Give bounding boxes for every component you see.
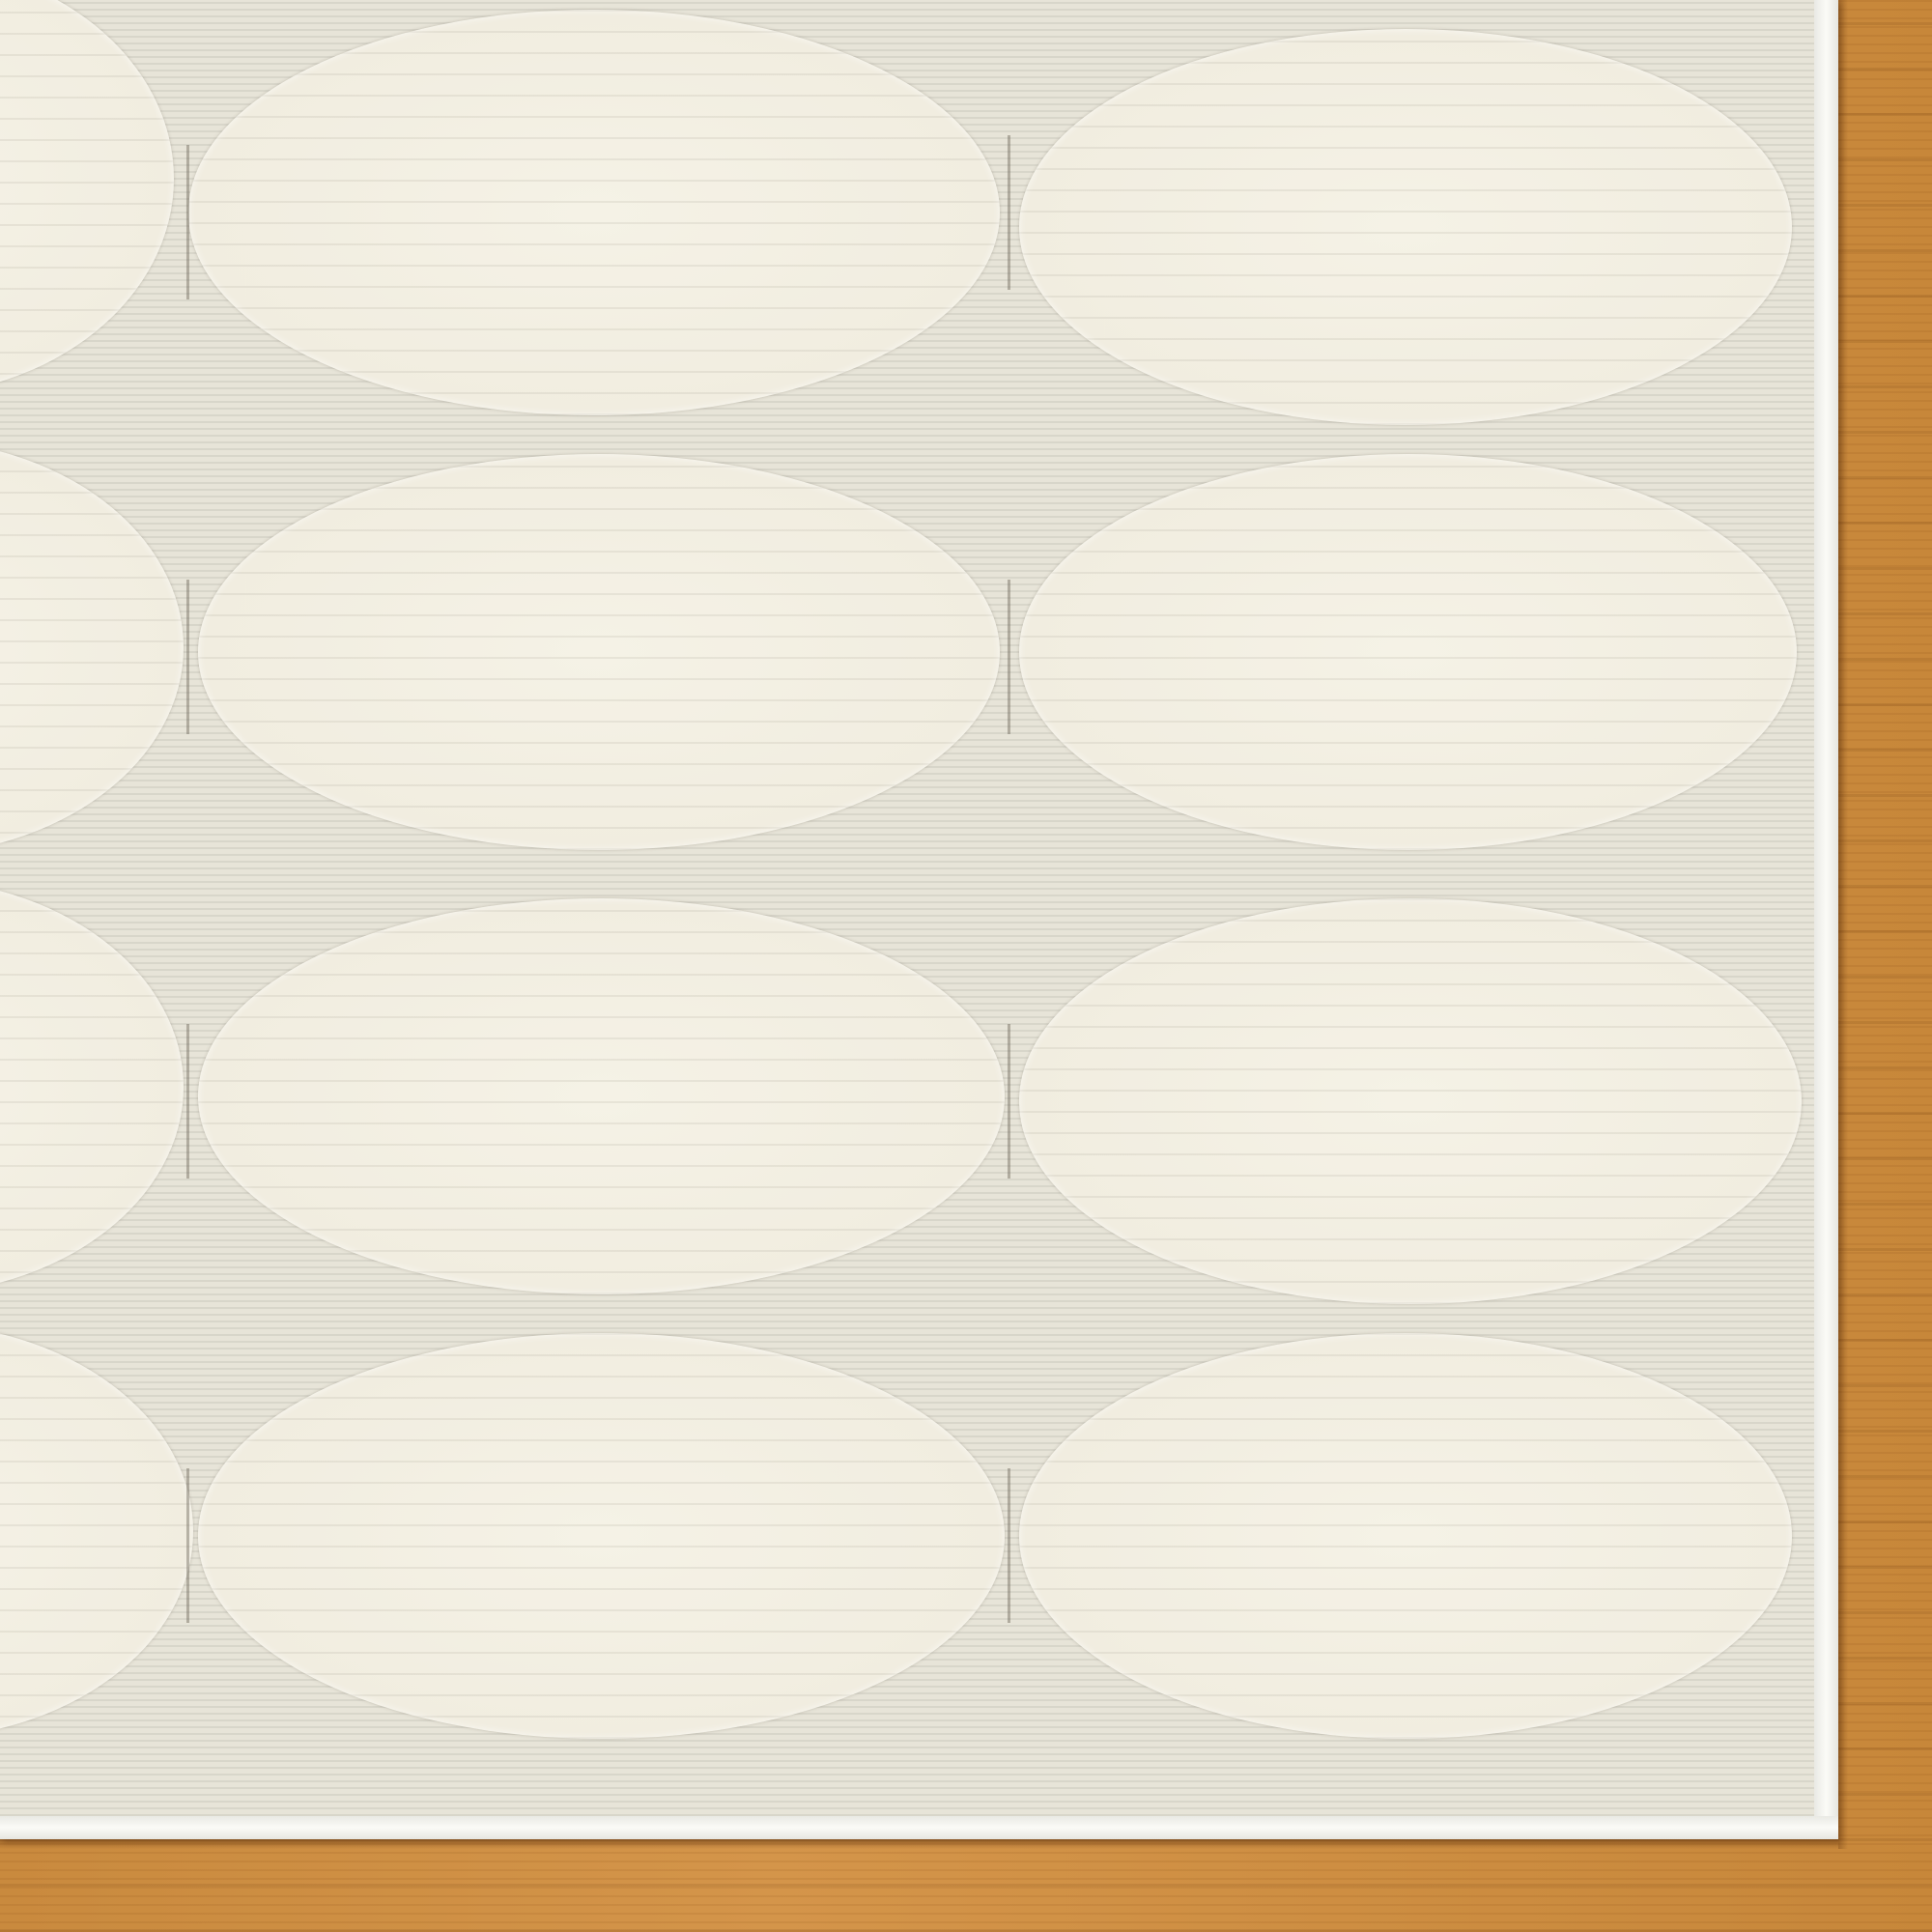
rug-field: [0, 0, 1814, 1816]
tile-seam: [186, 145, 189, 299]
rug-tile: [1019, 1333, 1792, 1739]
tile-seam: [186, 1468, 189, 1623]
rug-binding-right: [1814, 0, 1838, 1839]
rug-tile: [198, 1333, 1005, 1739]
rug-tile: [188, 10, 1000, 415]
tile-seam: [186, 580, 189, 734]
rug-tile: [198, 898, 1005, 1294]
tile-seam: [186, 1024, 189, 1179]
rug-tile: [0, 1323, 193, 1739]
tile-seam: [1008, 1024, 1010, 1179]
rug-tile: [0, 440, 184, 855]
rug-tile: [1019, 454, 1797, 850]
rug: [0, 0, 1838, 1839]
rug-binding-bottom: [0, 1816, 1838, 1839]
rug-tile: [1019, 898, 1802, 1304]
rug-shadow-bottom: [0, 1839, 1838, 1849]
tile-seam: [1008, 580, 1010, 734]
rug-tile: [1019, 29, 1792, 425]
rug-tile: [198, 454, 1000, 850]
tile-seam: [1008, 135, 1010, 290]
rug-tile: [0, 0, 174, 396]
rug-tile: [0, 879, 184, 1294]
tile-seam: [1008, 1468, 1010, 1623]
rug-shadow-right: [1838, 0, 1848, 1849]
